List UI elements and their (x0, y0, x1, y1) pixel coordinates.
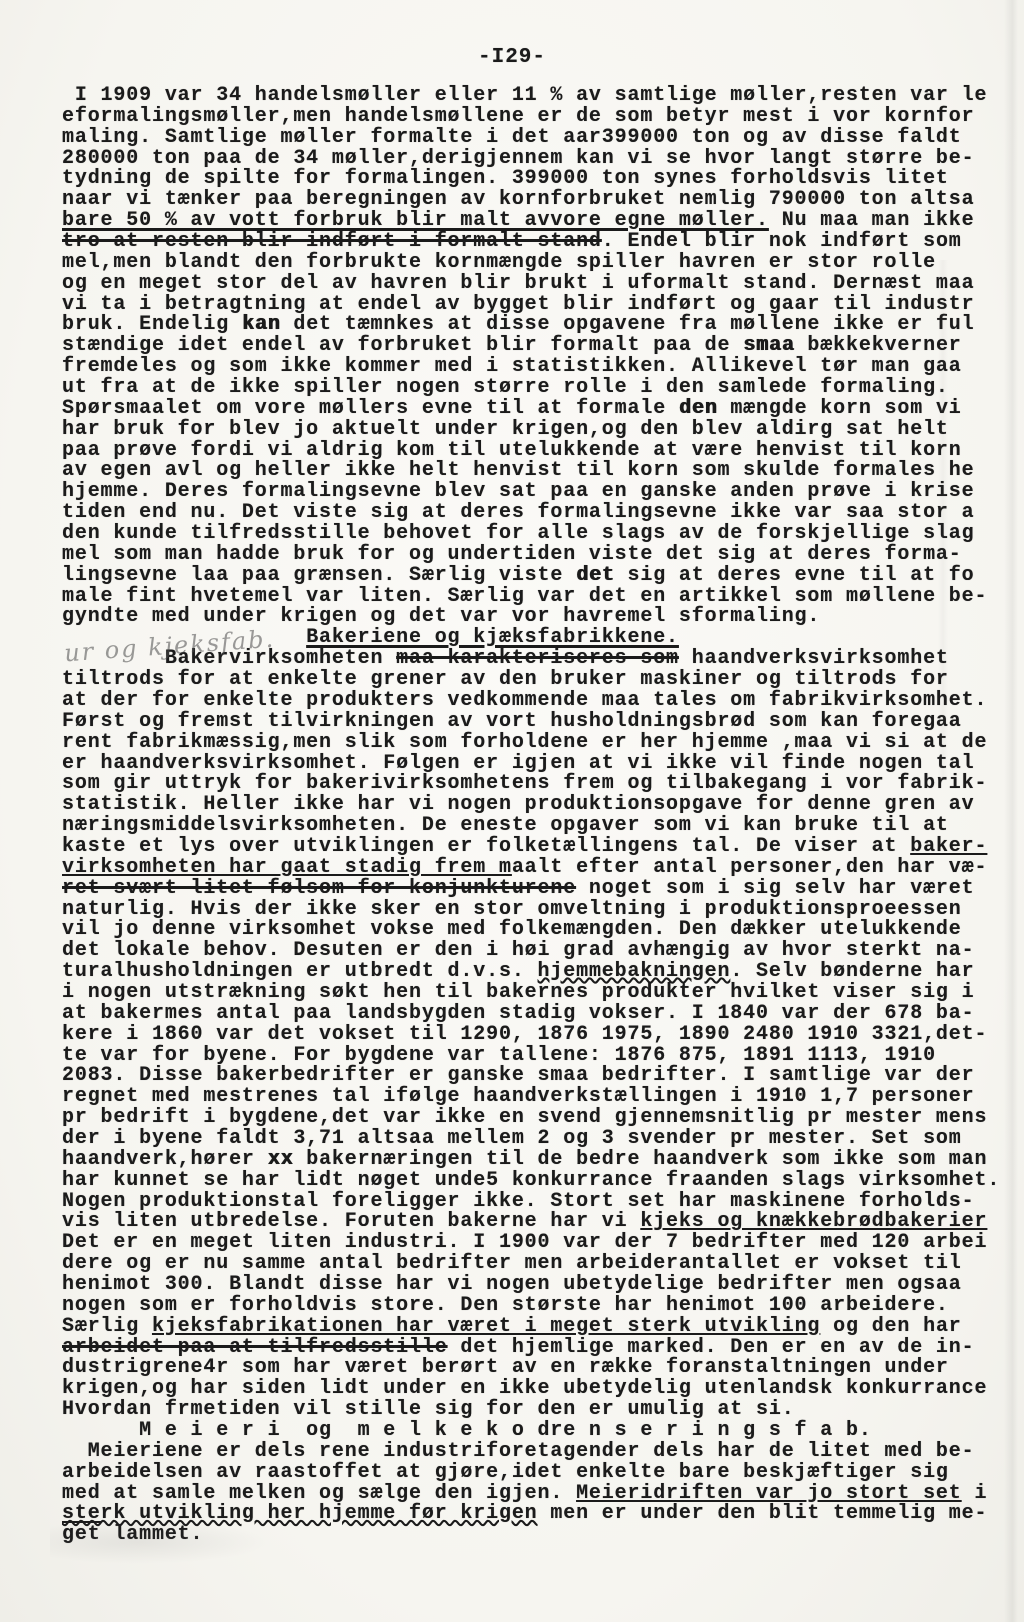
text-segment: mængde korn som vi (717, 397, 961, 420)
text-segment-marked: den (679, 397, 718, 420)
text-line: det lokale behov. Desuten er den i høi g… (62, 941, 1024, 962)
text-segment: 280000 ton paa de 34 møller,derigjennem … (62, 147, 975, 170)
text-line: 2083. Disse bakerbedrifter er ganske sma… (62, 1066, 1024, 1087)
text-segment: vil jo denne virksomhet vokse med folkem… (62, 918, 962, 941)
text-line: dere og er nu samme antal bedrifter men … (62, 1254, 1024, 1275)
text-segment-marked: kan (242, 313, 281, 336)
text-line: eformalingsmøller,men handelsmøllene er … (62, 107, 1024, 128)
text-segment-marked: ret svært litet følsom for konjunkturene (62, 877, 576, 900)
text-segment-marked: Bakeriene og kjæksfabrikkene. (306, 626, 679, 649)
text-segment: at bakermes antal paa landsbygden stadig… (62, 1002, 975, 1025)
text-line: mel,men blandt den forbrukte kornmængde … (62, 253, 1024, 274)
text-segment: Nu maa man ikke (769, 209, 975, 232)
text-segment: M e i e r i og m e l k e k o dre n s e r… (62, 1419, 872, 1442)
text-segment: som gir uttryk for bakerivirksomhetens f… (62, 772, 987, 795)
text-segment: fremdeles og som ikke kommer med i stati… (62, 355, 962, 378)
text-line: med at samle melken og sælge den igjen. … (62, 1484, 1024, 1505)
text-line: fremdeles og som ikke kommer med i stati… (62, 357, 1024, 378)
text-line: tydning de spilte for formalingen. 39900… (62, 169, 1024, 190)
text-line: Først og fremst tilvirkningen av vort hu… (62, 712, 1024, 733)
text-line: pr bedrift i bygdene,det var ikke en sve… (62, 1108, 1024, 1129)
text-segment: henimot 300. Blandt disse har vi nogen u… (62, 1273, 962, 1296)
text-segment-marked: baker- (910, 835, 987, 858)
text-segment: men er under den blit temmelig me- (538, 1502, 988, 1525)
text-line: sterk utvikling her hjemme før krigen me… (62, 1504, 1024, 1525)
text-segment: at der for enkelte produkters vedkommend… (62, 689, 987, 712)
page-number: -I29- (0, 46, 1024, 69)
text-line: henimot 300. Blandt disse har vi nogen u… (62, 1275, 1024, 1296)
text-segment-marked: kjeks og knækkebrødbakerier (640, 1210, 987, 1233)
text-line: den kunde tilfredsstille behovet for all… (62, 524, 1024, 545)
text-segment: Hvordan frmetiden vil stille sig for den… (62, 1398, 795, 1421)
text-segment: rent fabrikmæssig,men slik som forholden… (62, 731, 987, 754)
text-segment: der i byene faldt 3,71 altsaa mellem 2 o… (62, 1127, 962, 1150)
text-segment: eformalingsmøller,men handelsmøllene er … (62, 105, 975, 128)
text-line: regnet med mestrenes tal ifølge haandver… (62, 1087, 1024, 1108)
text-line: er haandverksvirksomhet. Følgen er igjen… (62, 754, 1024, 775)
text-line: hjemme. Deres formalingsevne blev sat pa… (62, 482, 1024, 503)
text-segment: Det er en meget liten industri. I 1900 v… (62, 1231, 987, 1254)
text-line: rent fabrikmæssig,men slik som forholden… (62, 733, 1024, 754)
text-segment: arbeidelsen av raastoffet at gjøre,idet … (62, 1461, 949, 1484)
text-segment: krigen,og har siden lidt under en ikke u… (62, 1377, 987, 1400)
text-line: vis liten utbredelse. Foruten bakerne ha… (62, 1212, 1024, 1233)
text-segment: og den har (820, 1315, 961, 1338)
text-segment: Meieriene er dels rene industriforetagen… (62, 1440, 975, 1463)
text-segment-marked: virksomheten har gaat stadig frem m (62, 856, 512, 879)
text-line: nogen som er forholdvis store. Den størs… (62, 1296, 1024, 1317)
text-segment-marked: maa karakteriseres som (396, 647, 679, 670)
text-segment: kere i 1860 var det vokset til 1290, 187… (62, 1023, 987, 1046)
text-line: Det er en meget liten industri. I 1900 v… (62, 1233, 1024, 1254)
text-line: maling. Samtlige møller formalte i det a… (62, 128, 1024, 149)
text-line: bare 50 % av vott forbruk blir malt avvo… (62, 211, 1024, 232)
text-segment: og en meget stor del av havren blir bruk… (62, 272, 975, 295)
text-segment: Spørsmaalet om vore møllers evne til at … (62, 397, 679, 420)
text-segment: Nogen produktionstal foreligger ikke. St… (62, 1190, 975, 1213)
text-segment: vis liten utbredelse. Foruten bakerne ha… (62, 1210, 640, 1233)
text-segment-marked: sterk utvikling her hjemme før krigen (62, 1502, 538, 1525)
text-segment: maling. Samtlige møller formalte i det a… (62, 126, 962, 149)
text-line: 280000 ton paa de 34 møller,derigjennem … (62, 149, 1024, 170)
text-line: get lammet. (62, 1525, 1024, 1546)
text-line: som gir uttryk for bakerivirksomhetens f… (62, 774, 1024, 795)
text-line: at der for enkelte produkters vedkommend… (62, 691, 1024, 712)
text-segment: haandverksvirksomhet (679, 647, 949, 670)
text-line: dustrigrene4r som har været berørt av en… (62, 1358, 1024, 1379)
text-segment: det tæmnkes at disse opgavene fra møllen… (281, 313, 975, 336)
text-segment: i nogen utstrækning søkt hen til bakerne… (62, 981, 975, 1004)
text-line: Hvordan frmetiden vil stille sig for den… (62, 1400, 1024, 1421)
text-line: M e i e r i og m e l k e k o dre n s e r… (62, 1421, 1024, 1442)
text-segment: er haandverksvirksomhet. Følgen er igjen… (62, 752, 975, 775)
text-segment-marked: get (62, 1523, 101, 1546)
text-segment: det lokale behov. Desuten er den i høi g… (62, 939, 975, 962)
text-line: tro at resten blir indført i formalt sta… (62, 232, 1024, 253)
text-segment: . Selv bønderne har (730, 960, 974, 983)
text-segment: bækkekverner (795, 334, 962, 357)
text-line: kere i 1860 var det vokset til 1290, 187… (62, 1025, 1024, 1046)
text-segment: gyndte med under krigen og det var vor h… (62, 605, 820, 628)
text-line: stændige idet endel av forbruket blir fo… (62, 336, 1024, 357)
text-segment: te var for byene. For bygdene var tallen… (62, 1044, 936, 1067)
text-line: arbeidet paa at tilfredsstille det hjeml… (62, 1338, 1024, 1359)
text-segment: av egen avl og heller ikke helt henvist … (62, 459, 975, 482)
text-line: tiden end nu. Det viste sig at deres for… (62, 503, 1024, 524)
text-line: haandverk,hører xx bakernæringen til de … (62, 1150, 1024, 1171)
text-segment: den kunde tilfredsstille behovet for all… (62, 522, 975, 545)
text-segment: Særlig (62, 1315, 152, 1338)
text-segment: pr bedrift i bygdene,det var ikke en sve… (62, 1106, 987, 1129)
text-segment: ut fra at de ikke spiller nogen større r… (62, 376, 949, 399)
text-line: næringsmiddelsvirksomheten. De eneste op… (62, 816, 1024, 837)
text-segment: paa prøve fordi vi aldrig kom til uteluk… (62, 439, 962, 462)
text-segment: dere og er nu samme antal bedrifter men … (62, 1252, 962, 1275)
text-segment-marked: tro at resten blir indført i formalt sta… (62, 230, 602, 253)
text-segment: hjemme. Deres formalingsevne blev sat pa… (62, 480, 975, 503)
text-segment: sig at deres evne til at fo (615, 564, 975, 587)
text-line: krigen,og har siden lidt under en ikke u… (62, 1379, 1024, 1400)
text-line: gyndte med under krigen og det var vor h… (62, 607, 1024, 628)
text-line: vil jo denne virksomhet vokse med folkem… (62, 920, 1024, 941)
text-line: statistik. Heller ikke har vi nogen prod… (62, 795, 1024, 816)
text-segment: kaste et lys over utviklingen er folketæ… (62, 835, 910, 858)
text-segment: naar vi tænker paa beregningen av kornfo… (62, 188, 975, 211)
text-line: ut fra at de ikke spiller nogen større r… (62, 378, 1024, 399)
text-segment: mel,men blandt den forbrukte kornmængde … (62, 251, 936, 274)
text-segment-marked: hjemmebakningen (538, 960, 731, 983)
text-segment: haandverk,hører (62, 1148, 268, 1171)
text-segment: bruk. Endelig (62, 313, 242, 336)
text-line: tiltrods for at enkelte grener av den br… (62, 670, 1024, 691)
text-segment: dustrigrene4r som har været berørt av en… (62, 1356, 949, 1379)
text-line: har bruk for blev jo aktuelt under krige… (62, 420, 1024, 441)
text-segment: naturlig. Hvis der ikke sker en stor omv… (62, 898, 962, 921)
text-segment: tiden end nu. Det viste sig at deres for… (62, 501, 975, 524)
text-line: mel som man hadde bruk for og undertiden… (62, 545, 1024, 566)
text-segment: . Endel blir nok indført som (602, 230, 962, 253)
text-line: paa prøve fordi vi aldrig kom til uteluk… (62, 441, 1024, 462)
text-line: og en meget stor del av havren blir bruk… (62, 274, 1024, 295)
text-line: i nogen utstrækning søkt hen til bakerne… (62, 983, 1024, 1004)
text-segment-marked: xx (268, 1148, 294, 1171)
text-line: I 1909 var 34 handelsmøller eller 11 % a… (62, 86, 1024, 107)
text-segment-marked: det (576, 564, 615, 587)
text-segment: lammet. (101, 1523, 204, 1546)
text-line: virksomheten har gaat stadig frem maalt … (62, 858, 1024, 879)
text-line: at bakermes antal paa landsbygden stadig… (62, 1004, 1024, 1025)
text-segment: I 1909 var 34 handelsmøller eller 11 % a… (62, 84, 987, 107)
text-line: arbeidelsen av raastoffet at gjøre,idet … (62, 1463, 1024, 1484)
text-segment-marked: bare 50 % av vott forbruk blir malt avvo… (62, 209, 769, 232)
text-segment: mel som man hadde bruk for og undertiden… (62, 543, 962, 566)
text-segment: noget som i sig selv har været (576, 877, 974, 900)
text-segment: aalt efter antal personer,den har væ- (512, 856, 988, 879)
text-segment: 2083. Disse bakerbedrifter er ganske sma… (62, 1064, 975, 1087)
text-segment: har kunnet se har lidt nøget unde5 konku… (62, 1169, 1000, 1192)
text-segment: turalhusholdningen er utbredt d.v.s. (62, 960, 538, 983)
text-line: lingsevne laa paa grænsen. Særlig viste … (62, 566, 1024, 587)
scanned-page: -I29- I 1909 var 34 handelsmøller eller … (0, 0, 1024, 1622)
text-segment: statistik. Heller ikke har vi nogen prod… (62, 793, 975, 816)
text-segment: i (962, 1482, 988, 1505)
text-line: bruk. Endelig kan det tæmnkes at disse o… (62, 315, 1024, 336)
text-segment: lingsevne laa paa grænsen. Særlig viste (62, 564, 576, 587)
text-line: male fint hvetemel var liten. Særlig var… (62, 587, 1024, 608)
text-segment: regnet med mestrenes tal ifølge haandver… (62, 1085, 975, 1108)
text-segment-marked: smaa (743, 334, 794, 357)
text-segment: vi ta i betragtning at endel av bygget b… (62, 293, 975, 316)
text-segment-marked: Meieridriften var jo stort set (576, 1482, 962, 1505)
text-segment: næringsmiddelsvirksomheten. De eneste op… (62, 814, 949, 837)
text-line: te var for byene. For bygdene var tallen… (62, 1046, 1024, 1067)
text-segment: tiltrods for at enkelte grener av den br… (62, 668, 949, 691)
text-segment: bakernæringen til de bedre haandverk som… (293, 1148, 987, 1171)
text-line: har kunnet se har lidt nøget unde5 konku… (62, 1171, 1024, 1192)
text-line: naturlig. Hvis der ikke sker en stor omv… (62, 900, 1024, 921)
text-segment: tydning de spilte for formalingen. 39900… (62, 167, 949, 190)
text-segment: stændige idet endel av forbruket blir fo… (62, 334, 743, 357)
text-line: kaste et lys over utviklingen er folketæ… (62, 837, 1024, 858)
text-line: turalhusholdningen er utbredt d.v.s. hje… (62, 962, 1024, 983)
text-segment: det hjemlige marked. Den er en av de in- (448, 1336, 975, 1359)
text-segment: med at samle melken og sælge den igjen. (62, 1482, 576, 1505)
text-segment: Først og fremst tilvirkningen av vort hu… (62, 710, 962, 733)
text-segment: nogen som er forholdvis store. Den størs… (62, 1294, 949, 1317)
text-line: av egen avl og heller ikke helt henvist … (62, 461, 1024, 482)
text-segment-marked: kjeksfabrikationen har været i meget ste… (152, 1315, 820, 1338)
text-line: Nogen produktionstal foreligger ikke. St… (62, 1192, 1024, 1213)
text-segment: har bruk for blev jo aktuelt under krige… (62, 418, 949, 441)
text-line: Meieriene er dels rene industriforetagen… (62, 1442, 1024, 1463)
text-line: vi ta i betragtning at endel av bygget b… (62, 295, 1024, 316)
text-line: Særlig kjeksfabrikationen har været i me… (62, 1317, 1024, 1338)
text-segment-marked: arbeidet paa at tilfredsstille (62, 1336, 448, 1359)
text-line: naar vi tænker paa beregningen av kornfo… (62, 190, 1024, 211)
text-line: der i byene faldt 3,71 altsaa mellem 2 o… (62, 1129, 1024, 1150)
typewritten-text-block: I 1909 var 34 handelsmøller eller 11 % a… (62, 86, 1024, 1546)
text-line: Spørsmaalet om vore møllers evne til at … (62, 399, 1024, 420)
text-line: ret svært litet følsom for konjunkturene… (62, 879, 1024, 900)
text-segment: male fint hvetemel var liten. Særlig var… (62, 585, 987, 608)
